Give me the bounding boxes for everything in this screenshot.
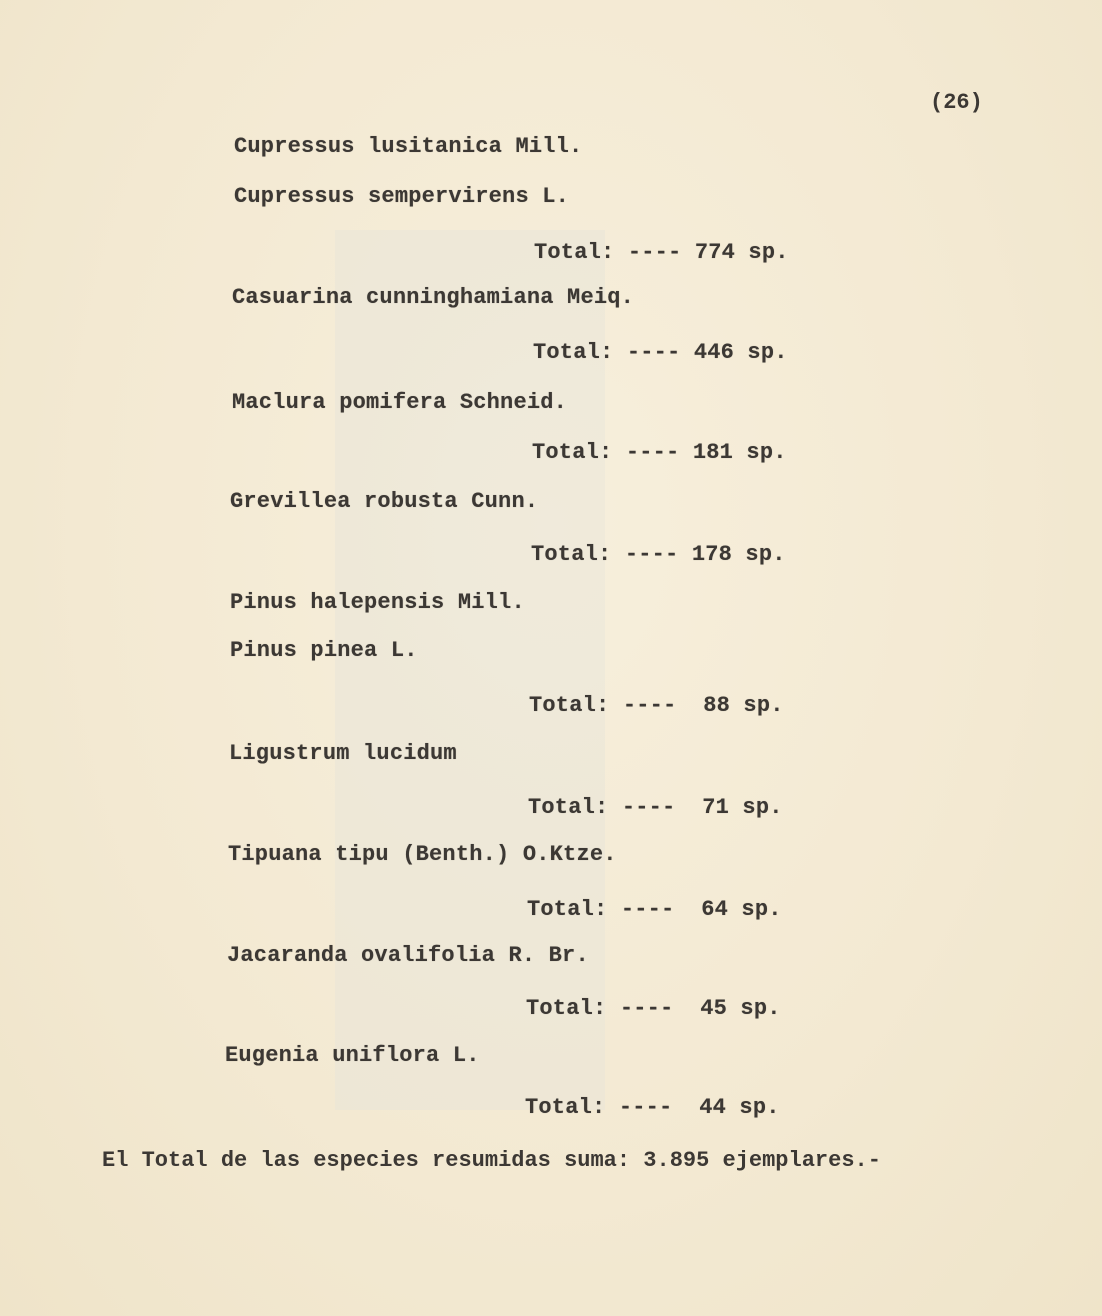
species-line: Eugenia uniflora L. [225,1043,480,1068]
species-line: Ligustrum lucidum [229,741,457,766]
species-line: Jacaranda ovalifolia R. Br. [227,943,589,968]
total-line: Total: ---- 446 sp. [533,340,788,365]
species-line: Cupressus sempervirens L. [234,184,569,209]
page-number: (26) [930,90,983,115]
summary-total: El Total de las especies resumidas suma:… [102,1148,881,1173]
total-line: Total: ---- 181 sp. [532,440,787,465]
species-line: Casuarina cunninghamiana Meiq. [232,285,634,310]
total-line: Total: ---- 71 sp. [528,795,783,820]
species-line: Pinus halepensis Mill. [230,590,525,615]
species-line: Pinus pinea L. [230,638,418,663]
total-line: Total: ---- 88 sp. [529,693,784,718]
species-line: Tipuana tipu (Benth.) O.Ktze. [228,842,617,867]
total-line: Total: ---- 178 sp. [531,542,786,567]
total-line: Total: ---- 45 sp. [526,996,781,1021]
total-line: Total: ---- 44 sp. [525,1095,780,1120]
species-line: Cupressus lusitanica Mill. [234,134,582,159]
total-line: Total: ---- 774 sp. [534,240,789,265]
species-line: Grevillea robusta Cunn. [230,489,538,514]
species-line: Maclura pomifera Schneid. [232,390,567,415]
total-line: Total: ---- 64 sp. [527,897,782,922]
